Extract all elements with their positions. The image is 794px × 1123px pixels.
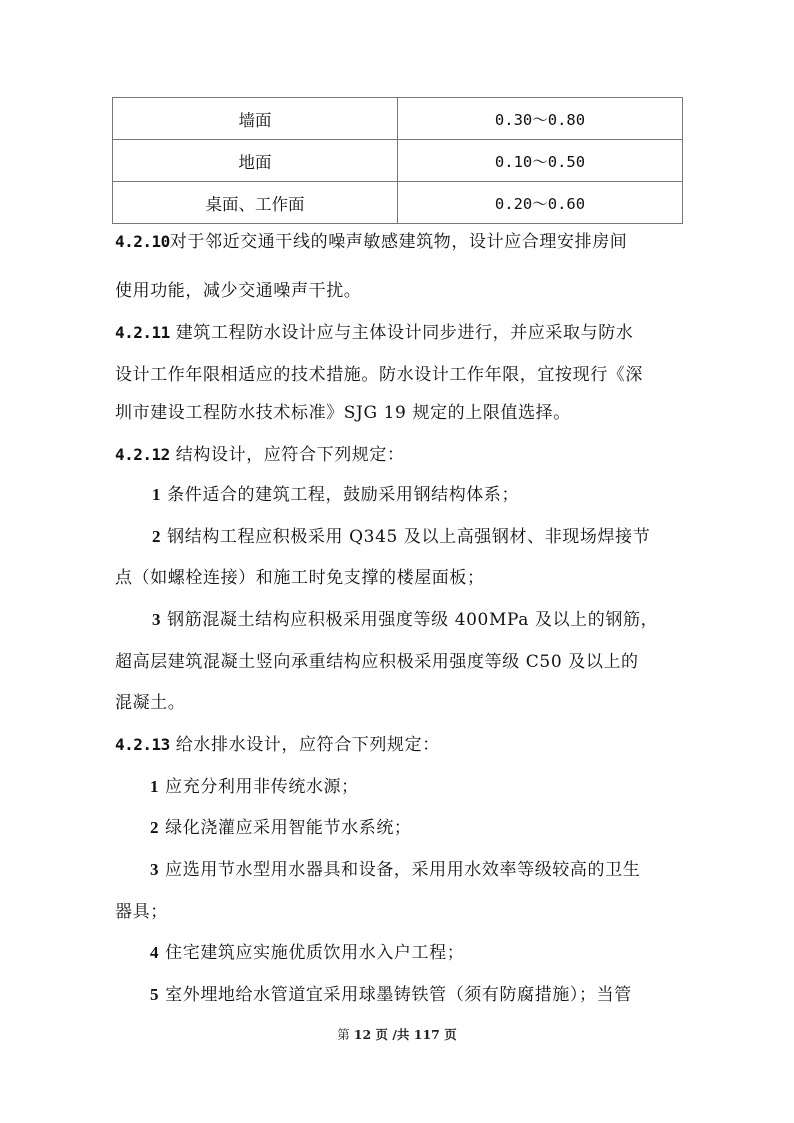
clause-4-2-13-item-1: 1 应充分利用非传统水源； [150,777,359,797]
clause-4-2-13-item-4: 4 住宅建筑应实施优质饮用水入户工程； [150,943,464,963]
table-row: 桌面、工作面 0.20～0.60 [113,182,683,224]
item-text: 钢结构工程应积极采用 Q345 及以上高强钢材、非现场焊接节 [161,527,650,547]
clause-4-2-11-line-1: 4.2.11 建筑工程防水设计应与主体设计同步进行，并应采取与防水 [115,323,633,343]
table-cell-range: 0.10～0.50 [398,140,683,182]
clause-4-2-13-title: 4.2.13 给水排水设计，应符合下列规定： [115,735,440,755]
clause-4-2-12-item-3: 3 钢筋混凝土结构应积极采用强度等级 400MPa 及以上的钢筋， [152,610,658,630]
clause-4-2-10-line-2: 使用功能，减少交通噪声干扰。 [115,281,361,301]
item-number: 3 [150,860,159,879]
item-text: 应选用节水型用水器具和设备，采用用水效率等级较高的卫生 [159,860,640,880]
footer-mid: 页 /共 [371,1027,414,1042]
item-number: 5 [150,985,159,1004]
clause-number: 4.2.13 [115,735,170,754]
clause-4-2-12-title: 4.2.12 结构设计，应符合下列规定： [115,445,405,465]
item-text: 绿化浇灌应采用智能节水系统； [159,818,411,838]
item-text: 室外埋地给水管道宜采用球墨铸铁管（须有防腐措施）；当管 [159,985,632,1005]
table-cell-range: 0.20～0.60 [398,182,683,224]
clause-4-2-13-item-3-cont: 器具； [115,902,168,922]
clause-4-2-12-item-3-cont-1: 超高层建筑混凝土竖向承重结构应积极采用强度等级 C50 及以上的 [115,652,639,672]
current-page-number: 12 [354,1027,371,1042]
item-text: 钢筋混凝土结构应积极采用强度等级 400MPa 及以上的钢筋， [161,610,658,630]
clause-4-2-12-item-3-cont-2: 混凝土。 [115,693,185,713]
clause-4-2-12-item-2-cont: 点（如螺栓连接）和施工时免支撑的楼屋面板； [115,568,485,588]
item-number: 4 [150,943,159,962]
clause-4-2-11-line-3: 圳市建设工程防水技术标准》SJG 19 规定的上限值选择。 [115,403,571,423]
document-page: 墙面 0.30～0.80 地面 0.10～0.50 桌面、工作面 0.20～0.… [0,0,794,1123]
table-row: 地面 0.10～0.50 [113,140,683,182]
clause-4-2-11-line-2: 设计工作年限相适应的技术措施。防水设计工作年限，宜按现行《深 [115,365,643,385]
clause-4-2-12-item-1: 1 条件适合的建筑工程，鼓励采用钢结构体系； [152,485,519,505]
item-text: 住宅建筑应实施优质饮用水入户工程； [159,943,464,963]
reflectance-table: 墙面 0.30～0.80 地面 0.10～0.50 桌面、工作面 0.20～0.… [112,97,683,224]
item-number: 3 [152,610,161,629]
page-footer: 第 12 页 /共 117 页 [0,1025,794,1043]
table-row: 墙面 0.30～0.80 [113,98,683,140]
item-number: 1 [150,777,159,796]
item-number: 1 [152,485,161,504]
item-number: 2 [152,527,161,546]
clause-number: 4.2.10 [115,232,170,251]
clause-text: 对于邻近交通干线的噪声敏感建筑物，设计应合理安排房间 [170,232,628,252]
table-cell-surface: 地面 [113,140,398,182]
clause-text: 结构设计，应符合下列规定： [170,445,405,465]
table-cell-range: 0.30～0.80 [398,98,683,140]
clause-4-2-12-item-2: 2 钢结构工程应积极采用 Q345 及以上高强钢材、非现场焊接节 [152,527,650,547]
clause-4-2-10-line-1: 4.2.10对于邻近交通干线的噪声敏感建筑物，设计应合理安排房间 [115,232,627,252]
clause-number: 4.2.11 [115,323,170,342]
clause-4-2-13-item-2: 2 绿化浇灌应采用智能节水系统； [150,818,412,838]
footer-prefix: 第 [337,1027,353,1042]
table-cell-surface: 桌面、工作面 [113,182,398,224]
total-page-count: 117 [414,1027,440,1042]
clause-4-2-13-item-5: 5 室外埋地给水管道宜采用球墨铸铁管（须有防腐措施）；当管 [150,985,632,1005]
clause-text: 建筑工程防水设计应与主体设计同步进行，并应采取与防水 [170,323,634,343]
item-text: 应充分利用非传统水源； [159,777,359,797]
table-cell-surface: 墙面 [113,98,398,140]
item-number: 2 [150,818,159,837]
item-text: 条件适合的建筑工程，鼓励采用钢结构体系； [161,485,519,505]
clause-4-2-13-item-3: 3 应选用节水型用水器具和设备，采用用水效率等级较高的卫生 [150,860,640,880]
footer-suffix: 页 [440,1027,457,1042]
clause-number: 4.2.12 [115,445,170,464]
clause-text: 给水排水设计，应符合下列规定： [170,735,440,755]
